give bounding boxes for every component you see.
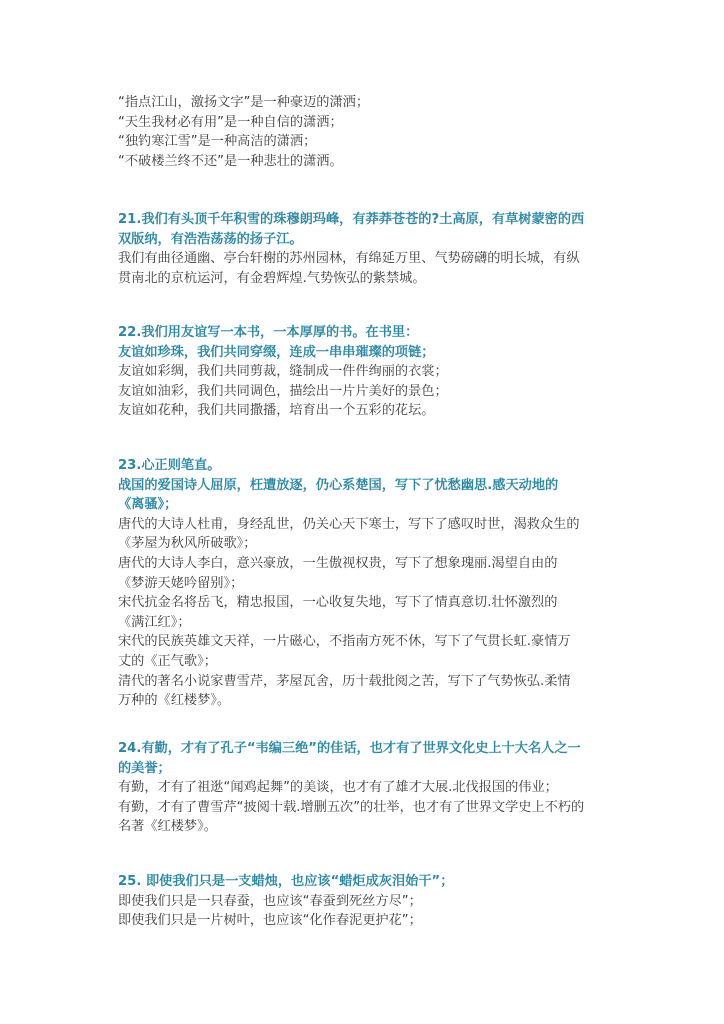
text-line: 即使我们只是一片树叶，也应该“化作春泥更护花”； [118,911,618,931]
text-line: 贯南北的京杭运河，有金碧辉煌.气势恢弘的紫禁城。 [118,269,618,289]
text-line: 友谊如彩绸，我们共同剪裁，缝制成一件件绚丽的衣裳； [118,362,618,382]
text-line: 唐代的大诗人李白，意兴豪放，一生傲视权贵，写下了想象瑰丽.渴望自由的 [118,554,618,574]
section-heading: 《离骚》； [118,495,618,515]
section-heading: 22.我们用友谊写一本书，一本厚厚的书。在书里： [118,323,618,343]
text-line: 清代的著名小说家曹雪芹，茅屋瓦舍，历十载批阅之苦，写下了气势恢弘.柔情 [118,672,618,692]
section-22: 22.我们用友谊写一本书，一本厚厚的书。在书里： 友谊如珍珠，我们共同穿缀，连成… [118,323,618,421]
section-heading: 25. 即使我们只是一支蜡烛，也应该“蜡炬成灰泪始干”； [118,872,618,892]
text-line: 《梦游天姥吟留别》； [118,574,618,594]
section-heading: 战国的爱国诗人屈原，枉遭放逐，仍心系楚国，写下了忧愁幽思.感天动地的 [118,476,618,496]
section-heading: 双版纳，有浩浩荡荡的扬子江。 [118,230,618,250]
text-line: 宋代抗金名将岳飞，精忠报国，一心收复失地，写下了情真意切.壮怀激烈的 [118,593,618,613]
section-heading: 23.心正则笔直。 [118,456,618,476]
text-line: 名著《红楼梦》。 [118,817,618,837]
text-line: “独钓寒江雪”是一种高洁的潇洒； [118,132,618,152]
section-heading: 24.有勤，才有了孔子“韦编三绝”的佳话，也才有了世界文化史上十大名人之一 [118,739,618,759]
text-line: 有勤，才有了曹雪芹“披阅十载.增删五次”的壮举，也才有了世界文学史上不朽的 [118,798,618,818]
text-line: 友谊如油彩，我们共同调色，描绘出一片片美好的景色； [118,382,618,402]
text-line: 宋代的民族英雄文天祥，一片磁心，不指南方死不休，写下了气贯长虹.豪情万 [118,632,618,652]
section-24: 24.有勤，才有了孔子“韦编三绝”的佳话，也才有了世界文化史上十大名人之一 的美… [118,739,618,837]
text-line: 《满江红》； [118,613,618,633]
section-23: 23.心正则笔直。 战国的爱国诗人屈原，枉遭放逐，仍心系楚国，写下了忧愁幽思.感… [118,456,618,711]
text-line: “不破楼兰终不还”是一种悲壮的潇洒。 [118,152,618,172]
text-line: 唐代的大诗人杜甫，身经乱世，仍关心天下寒士，写下了感叹时世，渴救众生的 [118,515,618,535]
section-21: 21.我们有头顶千年积雪的珠穆朗玛峰，有莽莽苍苍的?土高原，有草树蒙密的西 双版… [118,210,618,288]
section-heading: 21.我们有头顶千年积雪的珠穆朗玛峰，有莽莽苍苍的?土高原，有草树蒙密的西 [118,210,618,230]
text-line: 我们有曲径通幽、亭台轩榭的苏州园林，有绵延万里、气势磅礴的明长城，有纵 [118,249,618,269]
section-25: 25. 即使我们只是一支蜡烛，也应该“蜡炬成灰泪始干”； 即使我们只是一只春蚕，… [118,872,618,931]
section-heading: 友谊如珍珠，我们共同穿缀，连成一串串璀璨的项链； [118,343,618,363]
section-heading: 的美誉； [118,759,618,779]
text-line: 《茅屋为秋风所破歌》； [118,534,618,554]
text-line: 万种的《红楼梦》。 [118,691,618,711]
text-line: 丈的《正气歌》； [118,652,618,672]
intro-paragraph: “指点江山，激扬文字”是一种豪迈的潇洒； “天生我材必有用”是一种自信的潇洒； … [118,93,618,171]
text-line: 即使我们只是一只春蚕，也应该“春蚕到死丝方尽”； [118,892,618,912]
text-line: 有勤，才有了祖逖“闻鸡起舞”的美谈，也才有了雄才大展.北伐报国的伟业； [118,778,618,798]
text-line: 友谊如花种，我们共同撒播，培育出一个五彩的花坛。 [118,401,618,421]
text-line: “指点江山，激扬文字”是一种豪迈的潇洒； [118,93,618,113]
text-line: “天生我材必有用”是一种自信的潇洒； [118,113,618,133]
